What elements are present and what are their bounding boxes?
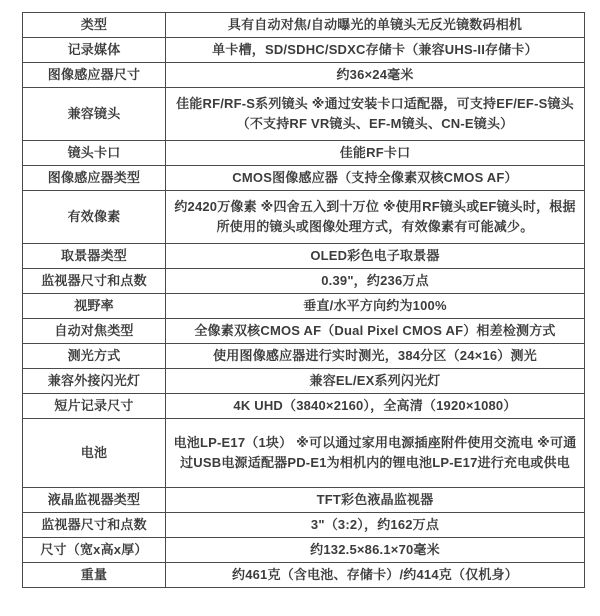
spec-value: 4K UHD（3840×2160），全高清（1920×1080） [166, 394, 585, 419]
spec-value: 约132.5×86.1×70毫米 [166, 538, 585, 563]
spec-label: 短片记录尺寸 [23, 394, 166, 419]
spec-value: 约36×24毫米 [166, 63, 585, 88]
spec-value: 约2420万像素 ※四舍五入到十万位 ※使用RF镜头或EF镜头时，根据所使用的镜… [166, 191, 585, 244]
row-dimensions: 尺寸（宽x高x厚） 约132.5×86.1×70毫米 [23, 538, 585, 563]
row-coverage: 视野率 垂直/水平方向约为100% [23, 294, 585, 319]
spec-label: 类型 [23, 13, 166, 38]
spec-value: 具有自动对焦/自动曝光的单镜头无反光镜数码相机 [166, 13, 585, 38]
row-lens-mount: 镜头卡口 佳能RF卡口 [23, 141, 585, 166]
spec-label: 图像感应器类型 [23, 166, 166, 191]
spec-value: 佳能RF/RF-S系列镜头 ※通过安装卡口适配器，可支持EF/EF-S镜头（不支… [166, 88, 585, 141]
row-flash-compatibility: 兼容外接闪光灯 兼容EL/EX系列闪光灯 [23, 369, 585, 394]
spec-label: 监视器尺寸和点数 [23, 269, 166, 294]
spec-label: 镜头卡口 [23, 141, 166, 166]
row-lcd-size-dots: 监视器尺寸和点数 3"（3:2），约162万点 [23, 513, 585, 538]
spec-label: 兼容镜头 [23, 88, 166, 141]
spec-value: 兼容EL/EX系列闪光灯 [166, 369, 585, 394]
spec-label: 重量 [23, 563, 166, 588]
spec-label: 尺寸（宽x高x厚） [23, 538, 166, 563]
row-weight: 重量 约461克（含电池、存储卡）/约414克（仅机身） [23, 563, 585, 588]
spec-value: 佳能RF卡口 [166, 141, 585, 166]
row-lcd-type: 液晶监视器类型 TFT彩色液晶监视器 [23, 488, 585, 513]
spec-value: 3"（3:2），约162万点 [166, 513, 585, 538]
row-sensor-type: 图像感应器类型 CMOS图像感应器（支持全像素双核CMOS AF） [23, 166, 585, 191]
row-viewfinder-type: 取景器类型 OLED彩色电子取景器 [23, 244, 585, 269]
spec-label: 视野率 [23, 294, 166, 319]
row-type: 类型 具有自动对焦/自动曝光的单镜头无反光镜数码相机 [23, 13, 585, 38]
spec-value: TFT彩色液晶监视器 [166, 488, 585, 513]
row-effective-pixels: 有效像素 约2420万像素 ※四舍五入到十万位 ※使用RF镜头或EF镜头时，根据… [23, 191, 585, 244]
spec-label: 自动对焦类型 [23, 319, 166, 344]
row-movie-size: 短片记录尺寸 4K UHD（3840×2160），全高清（1920×1080） [23, 394, 585, 419]
row-battery: 电池 电池LP-E17（1块） ※可以通过家用电源插座附件使用交流电 ※可通过U… [23, 419, 585, 488]
spec-value: 全像素双核CMOS AF（Dual Pixel CMOS AF）相差检测方式 [166, 319, 585, 344]
spec-value: 0.39"，约236万点 [166, 269, 585, 294]
row-compatible-lenses: 兼容镜头 佳能RF/RF-S系列镜头 ※通过安装卡口适配器，可支持EF/EF-S… [23, 88, 585, 141]
spec-value: 单卡槽，SD/SDHC/SDXC存储卡（兼容UHS-II存储卡） [166, 38, 585, 63]
spec-value: 垂直/水平方向约为100% [166, 294, 585, 319]
row-viewfinder-size-dots: 监视器尺寸和点数 0.39"，约236万点 [23, 269, 585, 294]
spec-value: 约461克（含电池、存储卡）/约414克（仅机身） [166, 563, 585, 588]
spec-value: 使用图像感应器进行实时测光，384分区（24×16）测光 [166, 344, 585, 369]
spec-label: 有效像素 [23, 191, 166, 244]
spec-label: 图像感应器尺寸 [23, 63, 166, 88]
spec-value: CMOS图像感应器（支持全像素双核CMOS AF） [166, 166, 585, 191]
spec-label: 电池 [23, 419, 166, 488]
spec-label: 液晶监视器类型 [23, 488, 166, 513]
spec-value: OLED彩色电子取景器 [166, 244, 585, 269]
spec-label: 测光方式 [23, 344, 166, 369]
row-recording-media: 记录媒体 单卡槽，SD/SDHC/SDXC存储卡（兼容UHS-II存储卡） [23, 38, 585, 63]
camera-spec-table: 类型 具有自动对焦/自动曝光的单镜头无反光镜数码相机 记录媒体 单卡槽，SD/S… [22, 12, 585, 588]
row-sensor-size: 图像感应器尺寸 约36×24毫米 [23, 63, 585, 88]
spec-value: 电池LP-E17（1块） ※可以通过家用电源插座附件使用交流电 ※可通过USB电… [166, 419, 585, 488]
spec-label: 取景器类型 [23, 244, 166, 269]
spec-label: 监视器尺寸和点数 [23, 513, 166, 538]
spec-label: 记录媒体 [23, 38, 166, 63]
row-metering-mode: 测光方式 使用图像感应器进行实时测光，384分区（24×16）测光 [23, 344, 585, 369]
row-af-type: 自动对焦类型 全像素双核CMOS AF（Dual Pixel CMOS AF）相… [23, 319, 585, 344]
spec-label: 兼容外接闪光灯 [23, 369, 166, 394]
